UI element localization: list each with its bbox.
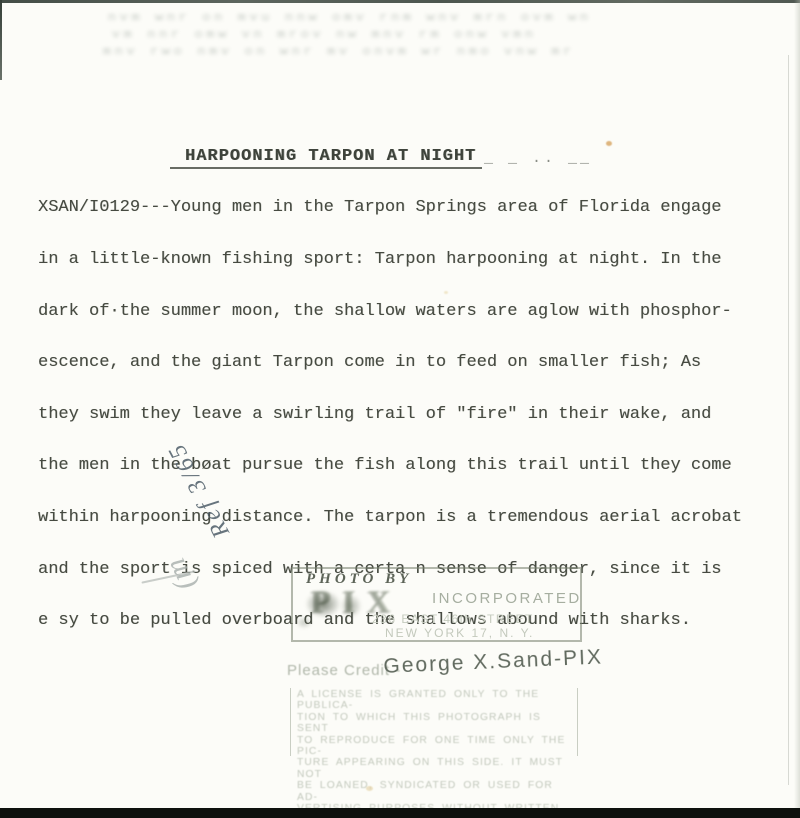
caption-line: XSAN/I0129---Young men in the Tarpon Spr… — [38, 199, 742, 216]
scan-edge-right — [794, 0, 800, 818]
stamp-ink-smudge — [296, 616, 312, 629]
license-line: BE LOANED, SYNDICATED OR USED FOR AD- — [297, 780, 577, 803]
caption-line: they swim they leave a swirling trail of… — [38, 406, 742, 423]
caption-line: within harpooning distance. The tarpon i… — [38, 509, 742, 526]
stamp-incorporated-label: INCORPORATED — [432, 590, 582, 607]
scan-edge-bottom — [0, 808, 800, 818]
caption-line: the men in the bøat pursue the fish alon… — [38, 457, 742, 474]
license-box-left-edge — [290, 688, 291, 756]
license-line: A LICENSE IS GRANTED ONLY TO THE PUBLICA… — [297, 689, 577, 712]
license-fine-print: A LICENSE IS GRANTED ONLY TO THE PUBLICA… — [297, 689, 577, 818]
stamp-ink-smudge — [340, 594, 362, 618]
caption-line: in a little-known fishing sport: Tarpon … — [38, 251, 742, 268]
ink-bleedthrough-line: mnv rwo nmv on wnr mv onvm wr nmo vnw mr — [103, 45, 575, 59]
scan-edge-left — [0, 0, 2, 80]
foxing-spot — [366, 786, 373, 791]
photo-back-scan: nvm wnr on mvu nnw omv rnm wnv mrn ovm w… — [0, 0, 800, 818]
scan-edge-right-line — [788, 55, 789, 785]
foxing-spot — [606, 141, 612, 146]
license-line: TURE APPEARING ON THIS SIDE. IT MUST NOT — [297, 757, 577, 780]
foxing-spot — [444, 291, 448, 294]
license-line: TO REPRODUCE FOR ONE TIME ONLY THE PIC- — [297, 735, 577, 758]
ink-bleedthrough-line: nvm wnr on mvu nnw omv rnm wnv mrn ovm w… — [108, 11, 592, 25]
caption-line: dark of·the summer moon, the shallow wat… — [38, 303, 742, 320]
license-box-right-edge — [577, 688, 578, 756]
license-line: TION TO WHICH THIS PHOTOGRAPH IS SENT — [297, 712, 577, 735]
ink-bleedthrough-line: vm nnr omw vn mrov nw mnv rm onw vmn — [112, 28, 537, 42]
stamp-address-street: 236 EAST 46th STREET — [372, 612, 534, 626]
scan-edge-top — [0, 0, 800, 3]
stamp-ink-smudge — [305, 590, 341, 618]
caption-line: escence, and the giant Tarpon come in to… — [38, 354, 742, 371]
stamp-address-city: NEW YORK 17, N. Y. — [385, 626, 534, 640]
